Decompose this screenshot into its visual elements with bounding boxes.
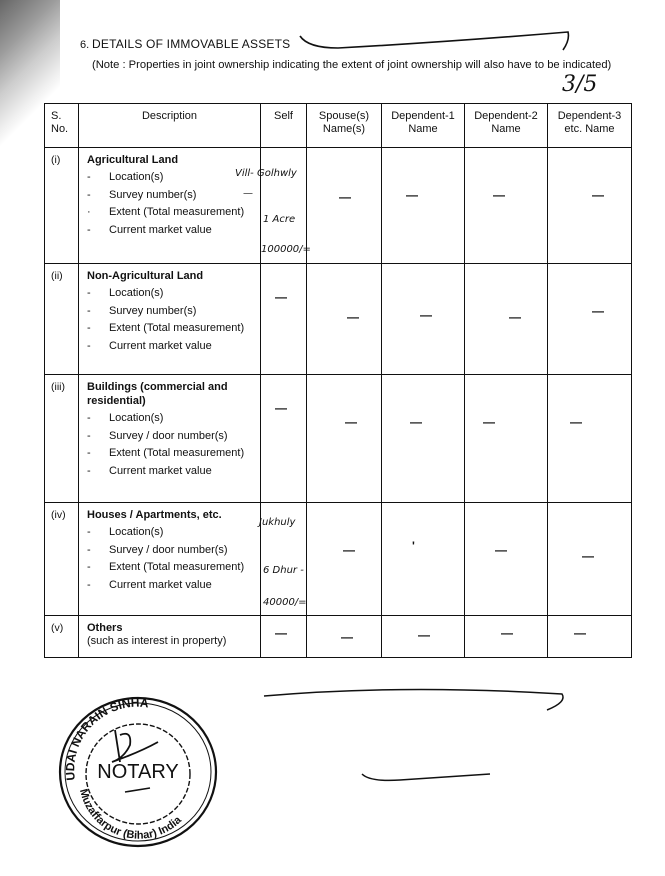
row-description: Agricultural Land -Location(s) -Survey n… — [79, 148, 261, 264]
table-row: (ii) Non-Agricultural Land -Location(s) … — [45, 264, 632, 375]
cell-spouse: — — [307, 148, 382, 264]
stamp-center-text: NOTARY — [97, 761, 179, 783]
cell-dependent-2: — — [465, 148, 548, 264]
cell-dependent-1: — — [382, 264, 465, 375]
row-category: Others — [87, 621, 260, 635]
handwritten-value: 100000/= — [261, 244, 311, 255]
row-sno: (iii) — [45, 375, 79, 503]
handwritten-value: 40000/= — [263, 597, 307, 608]
cell-dependent-3: — — [548, 616, 632, 658]
cell-dependent-3: — — [548, 375, 632, 503]
signature-stroke — [360, 770, 500, 790]
cell-dependent-1: ' — [382, 503, 465, 616]
header-sno: S. No. — [45, 104, 79, 148]
handwritten-extent: 6 Dhur - — [263, 565, 304, 576]
table-row: (i) Agricultural Land -Location(s) -Surv… — [45, 148, 632, 264]
row-item: Location(s) — [109, 287, 260, 301]
row-description: Non-Agricultural Land -Location(s) -Surv… — [79, 264, 261, 375]
row-description: Houses / Apartments, etc. -Location(s) -… — [79, 503, 261, 616]
immovable-assets-table: S. No. Description Self Spouse(s) Name(s… — [44, 103, 632, 658]
row-subtitle: (such as interest in property) — [87, 635, 260, 649]
cell-dependent-3: — — [548, 264, 632, 375]
row-description: Others (such as interest in property) — [79, 616, 261, 658]
cell-dependent-3: — — [548, 148, 632, 264]
row-category: Buildings (commercial and residential) — [87, 380, 237, 408]
cell-dependent-2: — — [465, 264, 548, 375]
notary-signature — [112, 730, 158, 762]
header-dependent-3: Dependent-3 etc. Name — [548, 104, 632, 148]
cell-spouse: — — [307, 264, 382, 375]
signature-stroke — [262, 680, 582, 730]
section-number: 6. — [80, 39, 89, 51]
table-header-row: S. No. Description Self Spouse(s) Name(s… — [45, 104, 632, 148]
table-row: (iii) Buildings (commercial and resident… — [45, 375, 632, 503]
cell-spouse: — — [307, 616, 382, 658]
row-item: Extent (Total measurement) — [109, 322, 260, 336]
row-description: Buildings (commercial and residential) -… — [79, 375, 261, 503]
row-item: Survey / door number(s) — [109, 544, 260, 558]
signature-swoosh — [298, 26, 578, 56]
row-category: Agricultural Land — [87, 153, 260, 167]
row-sno: (ii) — [45, 264, 79, 375]
row-sno: (iv) — [45, 503, 79, 616]
row-category: Non-Agricultural Land — [87, 269, 260, 283]
page-fraction: 3/5 — [562, 72, 597, 97]
row-sno: (v) — [45, 616, 79, 658]
row-item: Current market value — [109, 465, 260, 479]
row-item: Location(s) — [109, 526, 260, 540]
cell-self: — — [261, 264, 307, 375]
cell-dependent-3: — — [548, 503, 632, 616]
row-item: Extent (Total measurement) — [109, 561, 260, 575]
header-spouse: Spouse(s) Name(s) — [307, 104, 382, 148]
cell-dependent-1: — — [382, 616, 465, 658]
cell-self: Jukhuly 6 Dhur - 40000/= — [261, 503, 307, 616]
row-item: Current market value — [109, 224, 260, 238]
cell-dependent-1: — — [382, 148, 465, 264]
row-category: Houses / Apartments, etc. — [87, 508, 260, 522]
row-item: Survey number(s) — [109, 305, 260, 319]
table-row: (v) Others (such as interest in property… — [45, 616, 632, 658]
cell-self: Vill- Golhwly — 1 Acre 100000/= — [261, 148, 307, 264]
table-row: (iv) Houses / Apartments, etc. -Location… — [45, 503, 632, 616]
section-note: (Note : Properties in joint ownership in… — [92, 58, 642, 73]
cell-dependent-2: — — [465, 616, 548, 658]
row-item: Extent (Total measurement) — [109, 206, 260, 220]
row-item: Current market value — [109, 340, 260, 354]
row-item: Current market value — [109, 579, 260, 593]
row-item: Survey / door number(s) — [109, 430, 260, 444]
cell-spouse: — — [307, 375, 382, 503]
header-dependent-2: Dependent-2 Name — [465, 104, 548, 148]
row-item: Survey number(s) — [109, 189, 260, 203]
handwritten-extent: 1 Acre — [263, 214, 295, 225]
handwritten-location: Jukhuly — [259, 517, 295, 528]
row-item: Location(s) — [109, 412, 260, 426]
header-dependent-1: Dependent-1 Name — [382, 104, 465, 148]
row-sno: (i) — [45, 148, 79, 264]
notary-stamp: UDAI NARAIN SINHA Muzaffarpur (Bihar) In… — [50, 690, 220, 855]
row-item: Extent (Total measurement) — [109, 447, 260, 461]
header-self: Self — [261, 104, 307, 148]
handwritten-location: Vill- Golhwly — [235, 168, 297, 179]
section-title: DETAILS OF IMMOVABLE ASSETS — [92, 37, 290, 51]
header-description: Description — [79, 104, 261, 148]
cell-dependent-2: — — [465, 375, 548, 503]
cell-dependent-2: — — [465, 503, 548, 616]
cell-self: — — [261, 616, 307, 658]
cell-dependent-1: — — [382, 375, 465, 503]
cell-spouse: — — [307, 503, 382, 616]
cell-self: — — [261, 375, 307, 503]
handwritten-survey: — — [243, 188, 253, 199]
